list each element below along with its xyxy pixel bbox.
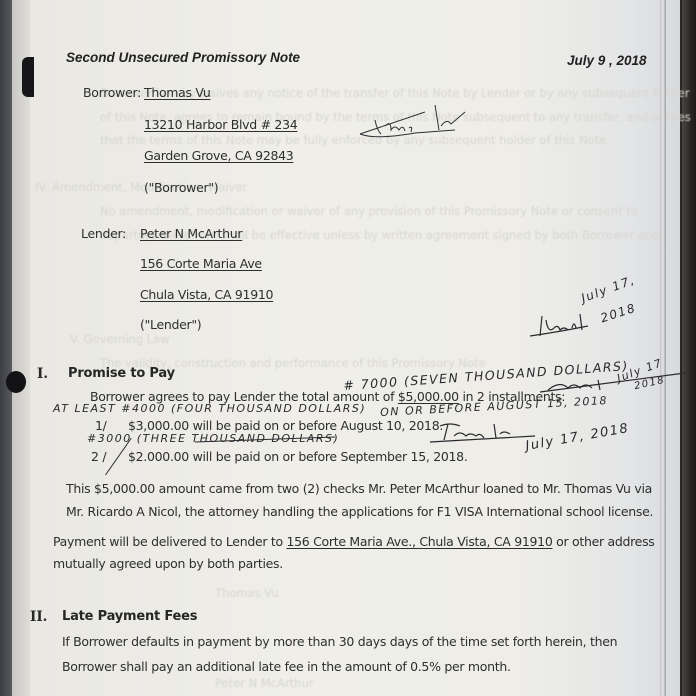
ghost-text: Thomas Vu xyxy=(215,586,279,600)
section2-heading: Late Payment Fees xyxy=(62,609,197,624)
delivery-text-after: or other address xyxy=(552,534,654,549)
amendment-signature xyxy=(430,420,540,450)
section2-numeral: II. xyxy=(30,609,47,625)
section1-delivery-line1: Payment will be delivered to Lender to 1… xyxy=(53,534,655,549)
lender-address-line2: Chula Vista, CA 91910 xyxy=(140,287,273,302)
initials-signature-1 xyxy=(528,306,608,350)
section2-line1: If Borrower defaults in payment by more … xyxy=(62,634,617,649)
installment-1-number: 1/ xyxy=(95,418,107,433)
section1-delivery-line2: mutually agreed upon by both parties. xyxy=(53,556,283,571)
lender-address-line1: 156 Corte Maria Ave xyxy=(140,256,262,271)
borrower-name: Thomas Vu xyxy=(144,85,210,100)
installment-2-number: 2 / xyxy=(91,449,106,464)
delivery-text-before: Payment will be delivered to Lender to xyxy=(53,534,286,549)
lender-label: Lender: xyxy=(81,226,126,241)
borrower-address-line1: 13210 Harbor Blvd # 234 xyxy=(144,117,297,132)
section1-heading: Promise to Pay xyxy=(68,366,175,381)
ghost-text: Peter N McArthur xyxy=(215,676,313,690)
delivery-address: 156 Corte Maria Ave., Chula Vista, CA 91… xyxy=(286,534,552,549)
binder-tab xyxy=(22,57,34,97)
borrower-signature-top xyxy=(355,100,475,144)
handwritten-first-installment-amendment: AT LEAST #4000 (FOUR THOUSAND DOLLARS) xyxy=(53,402,366,415)
page-edge xyxy=(660,0,666,696)
desk-background-right xyxy=(682,0,696,696)
section2-line2: Borrower shall pay an additional late fe… xyxy=(62,659,511,674)
lender-name: Peter N McArthur xyxy=(140,226,242,241)
ghost-text: V. Governing Law xyxy=(70,332,170,346)
punch-hole xyxy=(6,371,26,393)
document-date: July 9 , 2018 xyxy=(567,53,647,68)
lender-designation: ("Lender") xyxy=(140,317,201,332)
section1-source-line1: This $5,000.00 amount came from two (2) … xyxy=(66,481,652,496)
installment-1-text: $3,000.00 will be paid on or before Augu… xyxy=(128,418,443,433)
installment-2-text: $2.000.00 will be paid on or before Sept… xyxy=(128,449,468,464)
ghost-text: No amendment, modification or waiver of … xyxy=(100,204,638,218)
section1-source-line2: Mr. Ricardo A Nicol, the attorney handli… xyxy=(66,504,653,519)
section1-numeral: I. xyxy=(37,366,48,382)
document-title: Second Unsecured Promissory Note xyxy=(66,50,300,65)
borrower-address-line2: Garden Grove, CA 92843 xyxy=(144,148,293,163)
borrower-designation: ("Borrower") xyxy=(144,180,218,195)
borrower-label: Borrower: xyxy=(83,85,141,100)
